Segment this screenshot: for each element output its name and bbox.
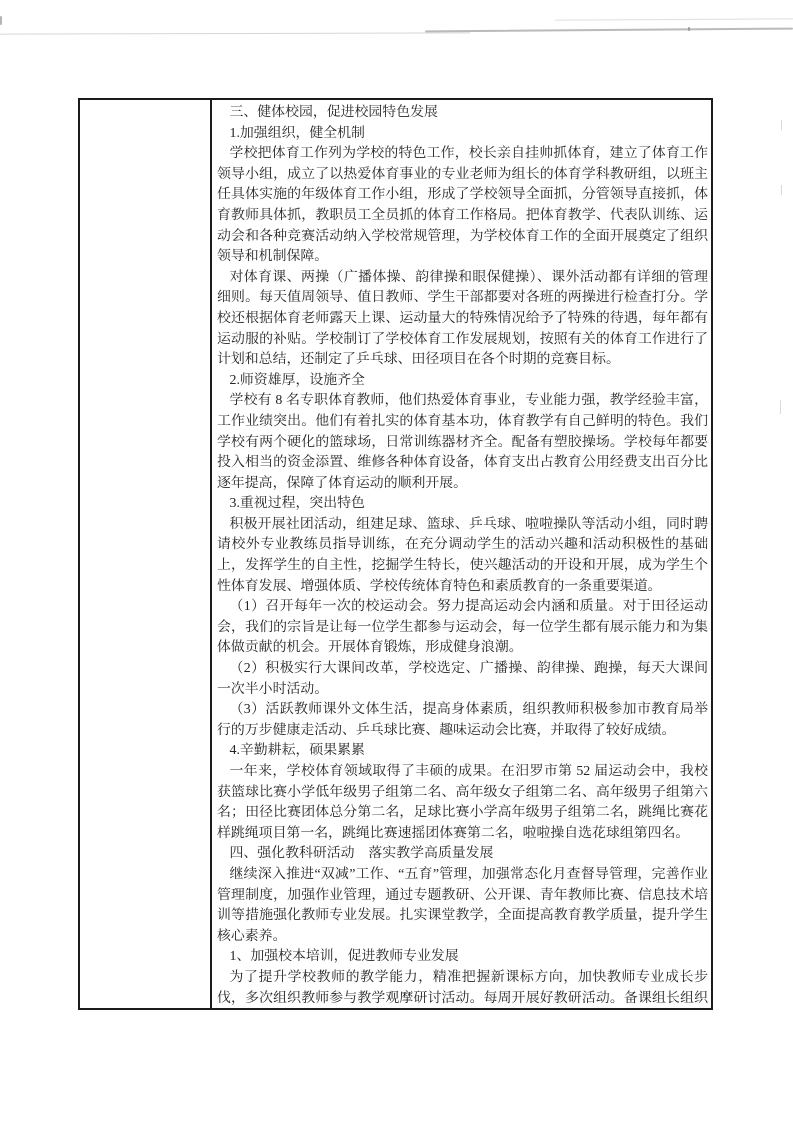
paragraph-body: 一年来，学校体育领域取得了丰硕的成果。在汨罗市第 52 届运动会中，我校获篮球比… — [217, 762, 708, 844]
scan-streak — [425, 28, 793, 33]
paragraph-body: 积极开展社团活动，组建足球、篮球、乒乓球、啦啦操队等活动小组，同时聘请校外专业教… — [217, 515, 708, 597]
paragraph-body: （1）召开每年一次的校运动会。努力提高运动会内涵和质量。对于田径运动会，我们的宗… — [217, 597, 708, 659]
paragraph-section-heading: 三、健体校园，促进校园特色发展 — [217, 103, 708, 124]
document-paragraphs: 三、健体校园，促进校园特色发展1.加强组织，健全机制学校把体育工作列为学校的特色… — [217, 103, 708, 1008]
scan-mark — [0, 16, 2, 25]
paragraph-sub-heading: 2.师资雄厚，设施齐全 — [217, 371, 708, 392]
scan-streak — [555, 18, 793, 20]
table-left-cell — [80, 100, 212, 1008]
paragraph-body: 对体育课、两操（广播体操、韵律操和眼保健操）、课外活动都有详细的管理细则。每天值… — [217, 268, 708, 371]
document-table: 三、健体校园，促进校园特色发展1.加强组织，健全机制学校把体育工作列为学校的特色… — [78, 98, 713, 1010]
paragraph-body: 学校把体育工作列为学校的特色工作，校长亲自挂帅抓体育，建立了体育工作领导小组，成… — [217, 144, 708, 268]
scan-mark — [781, 120, 782, 130]
table-content-cell: 三、健体校园，促进校园特色发展1.加强组织，健全机制学校把体育工作列为学校的特色… — [212, 100, 711, 1008]
paragraph-sub-heading: 1、加强校本培训，促进教师专业发展 — [217, 947, 708, 968]
paragraph-body: （2）积极实行大课间改革，学校选定、广播操、韵律操、跑操，每天大课间一次半小时活… — [217, 659, 708, 700]
paragraph-body: 为了提升学校教师的教学能力，精准把握新课标方向，加快教师专业成长步伐，多次组织教… — [217, 968, 708, 1008]
scan-streak — [0, 32, 470, 34]
scan-mark — [781, 185, 782, 195]
scan-mark — [780, 400, 781, 414]
paragraph-body: 继续深入推进“双减”工作、“五育”管理，加强常态化月查督导管理，完善作业管理制度… — [217, 865, 708, 947]
scan-mark — [688, 27, 690, 31]
paragraph-body: 学校有 8 名专职体育教师，他们热爱体育事业，专业能力强，教学经验丰富，工作业绩… — [217, 391, 708, 494]
paragraph-sub-heading: 1.加强组织，健全机制 — [217, 124, 708, 145]
paragraph-body: （3）活跃教师课外文体生活，提高身体素质，组织教师积极参加市教育局举行的万步健康… — [217, 700, 708, 741]
scanned-page: 三、健体校园，促进校园特色发展1.加强组织，健全机制学校把体育工作列为学校的特色… — [0, 0, 793, 1121]
paragraph-section-heading: 四、强化教科研活动 落实教学高质量发展 — [217, 844, 708, 865]
paragraph-sub-heading: 4.辛勤耕耘，硕果累累 — [217, 741, 708, 762]
paragraph-sub-heading: 3.重视过程，突出特色 — [217, 494, 708, 515]
